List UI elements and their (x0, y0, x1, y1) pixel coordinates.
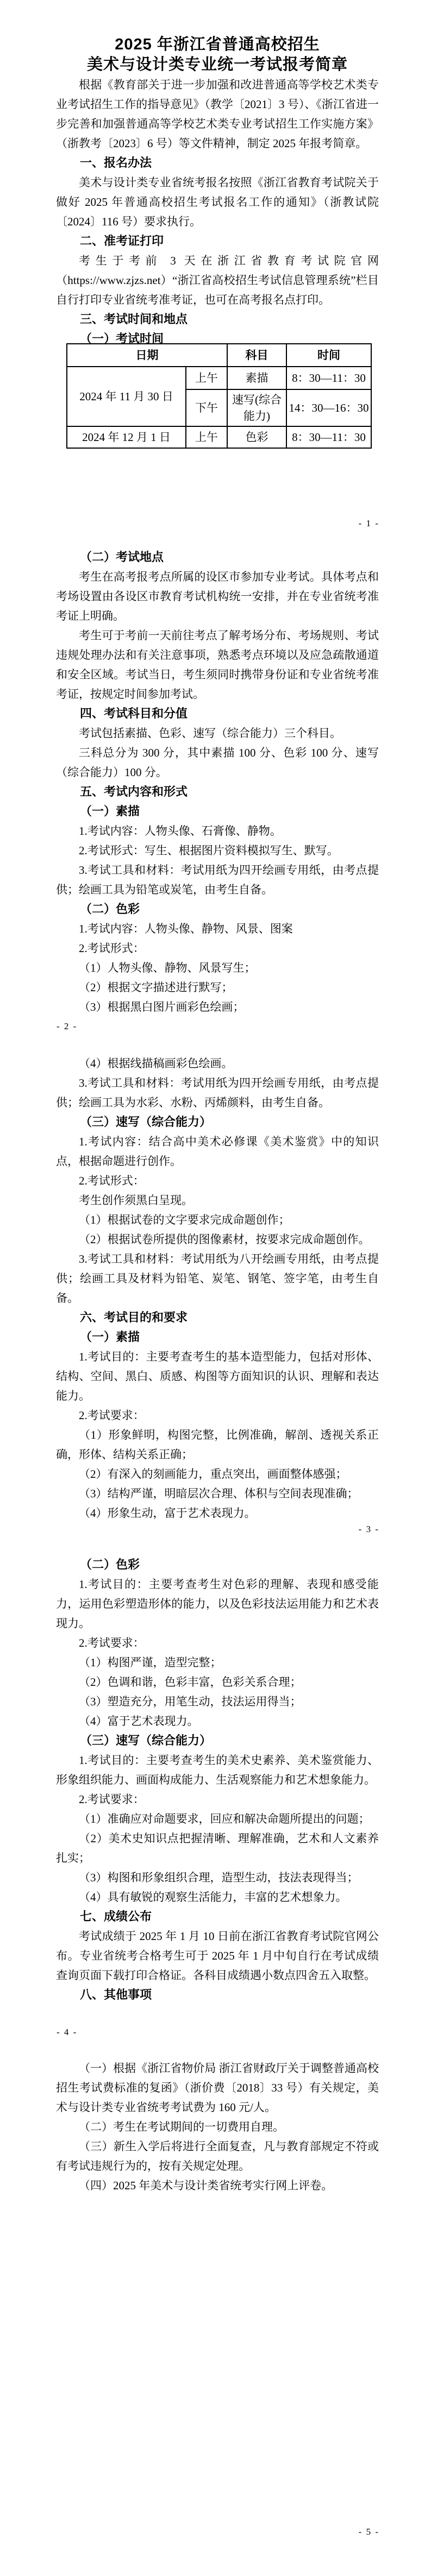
page-1: 2025 年浙江省普通高校招生 美术与设计类专业统一考试报考简章 根据《教育部关… (56, 35, 379, 449)
paragraph-speed-sketch-format-note: 考生创作须黑白呈现。 (56, 1191, 379, 1210)
paragraph-color-format-item-4: （4）根据线描稿画彩色绘画。 (56, 1054, 379, 1073)
paragraph-color-requirement-3: （3）塑造充分，用笔生动，技法运用得当； (56, 1692, 379, 1711)
paragraph-other-item-3: （三）新生入学后将进行全面复查，凡与教育部规定不符或有考试违规行为的，按有关规定… (56, 2137, 379, 2176)
paragraph-other-item-2: （二）考生在考试期间的一切费用自理。 (56, 2117, 379, 2137)
page-2: （二）考试地点 考生在高考报考点所属的设区市参加专业考试。具体考点和考场设置由各… (56, 547, 379, 1017)
paragraph-speed-sketch-content: 1.考试内容：结合高中美术必修课《美术鉴赏》中的知识点，根据命题进行创作。 (56, 1132, 379, 1171)
heading-3-time-and-place: 三、考试时间和地点 (56, 310, 379, 329)
paragraph-scores: 三科总分为 300 分，其中素描 100 分、色彩 100 分、速写（综合能力）… (56, 743, 379, 782)
paragraph-speed-sketch-tools: 3.考试工具和材料：考试用纸为八开绘画专用纸，由考点提供；绘画工具及材料为铅笔、… (56, 1249, 379, 1308)
paragraph-other-item-4: （四）2025 年美术与设计类省统考实行网上评卷。 (56, 2176, 379, 2195)
paragraph-color-purpose: 1.考试目的：主要考查考生对色彩的理解、表现和感受能力，运用色彩塑造形体的能力，… (56, 1574, 379, 1633)
subheading-sketch-purpose: （一）素描 (56, 1327, 379, 1347)
page-number-5: - 5 - (359, 2527, 379, 2537)
exam-schedule-table: 日期 科目 时间 2024 年 11 月 30 日 上午 素描 8：30—11：… (66, 343, 372, 449)
paragraph-color-format: 2.考试形式： (56, 939, 379, 958)
page-number-4: - 4 - (57, 2027, 77, 2038)
doc-title-line-2: 美术与设计类专业统一考试报考简章 (56, 55, 379, 75)
page-5: （一）根据《浙江省物价局 浙江省财政厅关于调整普通高校招生考试费标准的复函》（浙… (56, 2058, 379, 2195)
page-4: （二）色彩 1.考试目的：主要考查考生对色彩的理解、表现和感受能力，运用色彩塑造… (56, 1555, 379, 2005)
paragraph-sketch-tools: 3.考试工具和材料：考试用纸为四开绘画专用纸，由考点提供；绘画工具为铅笔或炭笔，… (56, 860, 379, 899)
paragraph-speed-sketch-requirement-3: （3）构图和形象组织合理，造型生动，技法表现得当； (56, 1868, 379, 1887)
paragraph-registration: 美术与设计类专业省统考报名按照《浙江省教育考试院关于做好 2025 年普通高校招… (56, 173, 379, 231)
paragraph-speed-sketch-requirement-2: （2）美术史知识点把握清晰、理解准确，艺术和人文素养扎实； (56, 1829, 379, 1868)
paragraph-exam-place-1: 考生在高考报考点所属的设区市参加专业考试。具体考点和考场设置由各设区市教育考试机… (56, 567, 379, 626)
table-cell-subject: 速写(综合 能力) (227, 389, 286, 426)
heading-4-subjects-and-scores: 四、考试科目和分值 (56, 704, 379, 723)
table-row: 2024 年 11 月 30 日 上午 素描 8：30—11：30 (67, 367, 371, 389)
paragraph-color-requirements: 2.考试要求： (56, 1633, 379, 1653)
paragraph-speed-sketch-requirement-1: （1）准确应对命题要求，回应和解决命题所提出的问题； (56, 1809, 379, 1829)
paragraph-sketch-requirements: 2.考试要求： (56, 1406, 379, 1425)
paragraph-color-tools: 3.考试工具和材料：考试用纸为四开绘画专用纸，由考点提供；绘画工具为水彩、水粉、… (56, 1073, 379, 1112)
paragraph-speed-sketch-format-item-1: （1）根据试卷的文字要求完成命题创作； (56, 1210, 379, 1230)
paragraph-intro: 根据《教育部关于进一步加强和改进普通高等学校艺术类专业考试招生工作的指导意见》（… (56, 75, 379, 153)
table-cell-time: 8：30—11：30 (286, 367, 371, 389)
paragraph-subjects: 考试包括素描、色彩、速写（综合能力）三个科目。 (56, 723, 379, 743)
page-3: （4）根据线描稿画彩色绘画。 3.考试工具和材料：考试用纸为四开绘画专用纸，由考… (56, 1054, 379, 1523)
paragraph-color-format-item-2: （2）根据文字描述进行默写； (56, 978, 379, 997)
paragraph-sketch-requirement-2: （2）有深入的刻画能力，重点突出，画面整体感强； (56, 1464, 379, 1484)
paragraph-speed-sketch-purpose: 1.考试目的：主要考查考生的美术史素养、美术鉴赏能力、形象组织能力、画面构成能力… (56, 1750, 379, 1790)
paragraph-speed-sketch-requirements: 2.考试要求： (56, 1790, 379, 1809)
heading-8-other-matters: 八、其他事项 (56, 1985, 379, 2005)
paragraph-color-content: 1.考试内容：人物头像、静物、风景、图案 (56, 919, 379, 939)
paragraph-color-requirement-4: （4）富于艺术表现力。 (56, 1711, 379, 1731)
table-cell-subject: 素描 (227, 367, 286, 389)
document-page: 2025 年浙江省普通高校招生 美术与设计类专业统一考试报考简章 根据《教育部关… (0, 0, 431, 2576)
table-row: 2024 年 12 月 1 日 上午 色彩 8：30—11：30 (67, 426, 371, 448)
paragraph-color-format-item-3: （3）根据黑白图片画彩色绘画； (56, 997, 379, 1017)
paragraph-results: 考试成绩于 2025 年 1 月 10 日前在浙江省教育考试院官网公布。专业省统… (56, 1926, 379, 1985)
subheading-color: （二）色彩 (56, 899, 379, 919)
paragraph-sketch-purpose: 1.考试目的：主要考查考生的基本造型能力，包括对形体、结构、空间、黑白、质感、构… (56, 1347, 379, 1406)
subheading-color-purpose: （二）色彩 (56, 1555, 379, 1574)
table-cell-session: 上午 (186, 426, 227, 448)
paragraph-admission-ticket: 考生于考前 3 天在浙江省教育考试院官网（https://www.zjzs.ne… (56, 251, 379, 310)
heading-6-purpose-and-requirements: 六、考试目的和要求 (56, 1308, 379, 1327)
table-header-time: 时间 (286, 344, 371, 367)
table-header-subject: 科目 (227, 344, 286, 367)
subheading-speed-sketch: （三）速写（综合能力） (56, 1112, 379, 1132)
paragraph-other-item-1: （一）根据《浙江省物价局 浙江省财政厅关于调整普通高校招生考试费标准的复函》（浙… (56, 2058, 379, 2117)
paragraph-color-format-item-1: （1）人物头像、静物、风景写生； (56, 958, 379, 978)
page-number-1: - 1 - (359, 518, 379, 529)
paragraph-sketch-requirement-1: （1）形象鲜明，构图完整，比例准确，解剖、透视关系正确，形体、结构关系正确； (56, 1425, 379, 1464)
paragraph-sketch-format: 2.考试形式：写生、根据图片资料模拟写生、默写。 (56, 841, 379, 860)
table-cell-time: 14：30—16：30 (286, 389, 371, 426)
paragraph-speed-sketch-format-item-2: （2）根据试卷所提供的图像素材，按要求完成命题创作。 (56, 1230, 379, 1249)
paragraph-color-requirement-1: （1）构图严谨，造型完整； (56, 1653, 379, 1672)
doc-title-line-1: 2025 年浙江省普通高校招生 (56, 35, 379, 55)
paragraph-exam-place-2: 考生可于考前一天前往考点了解考场分布、考场规则、考试违规处理办法和有关注意事项，… (56, 626, 379, 704)
table-cell-session: 下午 (186, 389, 227, 426)
table-cell-subject: 色彩 (227, 426, 286, 448)
heading-1-registration: 一、报名办法 (56, 153, 379, 173)
table-cell-session: 上午 (186, 367, 227, 389)
heading-5-content-and-format: 五、考试内容和形式 (56, 782, 379, 802)
paragraph-sketch-requirement-4: （4）形象生动，富于艺术表现力。 (56, 1503, 379, 1523)
page-number-2: - 2 - (57, 1021, 77, 1032)
heading-2-admission-ticket: 二、准考证打印 (56, 231, 379, 251)
subheading-exam-place: （二）考试地点 (56, 547, 379, 567)
paragraph-sketch-content: 1.考试内容：人物头像、石膏像、静物。 (56, 821, 379, 841)
table-cell-time: 8：30—11：30 (286, 426, 371, 448)
paragraph-speed-sketch-requirement-4: （4）具有敏锐的观察生活能力，丰富的艺术想象力。 (56, 1887, 379, 1907)
table-cell-date: 2024 年 11 月 30 日 (67, 367, 186, 426)
subheading-sketch: （一）素描 (56, 802, 379, 821)
page-number-3: - 3 - (359, 1524, 379, 1535)
table-cell-date: 2024 年 12 月 1 日 (67, 426, 186, 448)
paragraph-color-requirement-2: （2）色调和谐，色彩丰富，色彩关系合理； (56, 1672, 379, 1692)
heading-7-results: 七、成绩公布 (56, 1907, 379, 1926)
paragraph-speed-sketch-format: 2.考试形式： (56, 1171, 379, 1191)
paragraph-sketch-requirement-3: （3）结构严谨，明暗层次合理、体积与空间表现准确； (56, 1484, 379, 1503)
subheading-speed-sketch-purpose: （三）速写（综合能力） (56, 1731, 379, 1750)
